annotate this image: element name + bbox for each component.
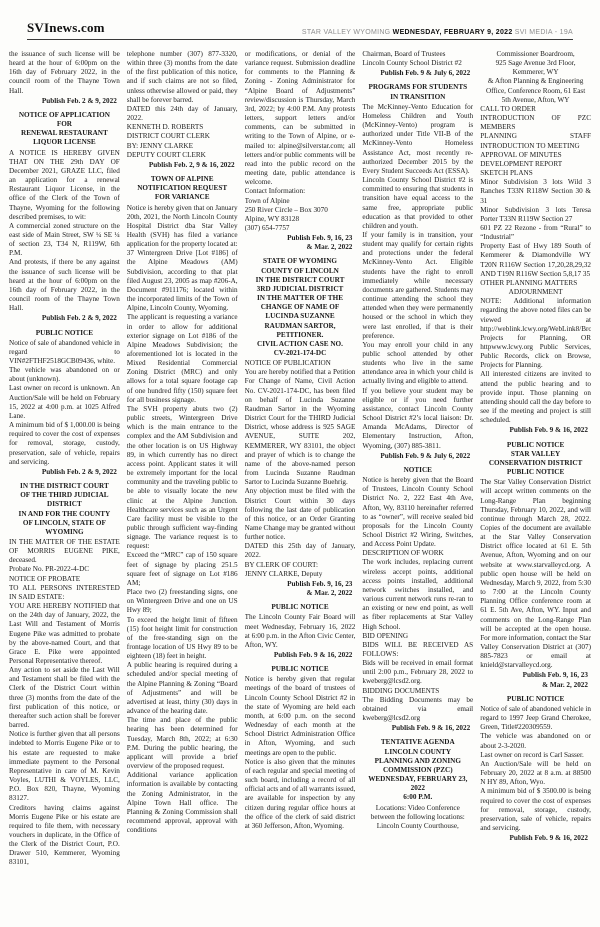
notice-heading: PUBLIC NOTICE STAR VALLEY CONSERVATION D… xyxy=(480,441,591,478)
notice-paragraph: To exceed the height limit of fifteen (1… xyxy=(127,616,238,662)
notice-paragraph: Contact Information: xyxy=(245,187,356,196)
notice-paragraph: The time and place of the public hearing… xyxy=(127,716,238,771)
notice-paragraph: KENNETH D. ROBERTS xyxy=(127,123,238,132)
notice-paragraph: OTHER PLANNING MATTERS xyxy=(480,279,591,288)
notice-paragraph: JENNY CLARKE, Deputy xyxy=(245,570,356,579)
notice-paragraph: Lincoln County School District #2 is com… xyxy=(362,176,473,231)
notice-paragraph: IN THE MATTER OF THE ESTATE OF MORRIS EU… xyxy=(9,538,120,565)
notice-paragraph: The SVH property abuts two (2) public st… xyxy=(127,405,238,552)
notice-paragraph: Notice of sale of abandoned vehicle in r… xyxy=(480,705,591,732)
centered-line: ADJOURNMENT xyxy=(480,288,591,297)
notice-paragraph: Notice is hereby given that the Board of… xyxy=(362,476,473,549)
notice-paragraph: A minimum bid of $ 3500.00 is being requ… xyxy=(480,787,591,833)
notice-columns: the issuance of such license will be hea… xyxy=(0,40,600,900)
notice-paragraph: BY: JENNY CLARKE xyxy=(127,142,238,151)
notice-paragraph: Notice is further given that all persons… xyxy=(9,730,120,803)
notice-paragraph: PLANNING STAFF INTRODUCTION TO MEETING xyxy=(480,132,591,150)
publish-line: Publish Feb. 2 & 9, 2022 xyxy=(9,314,120,323)
notice-paragraph: The work includes, replacing current wir… xyxy=(362,558,473,631)
notice-paragraph: Probate No. PR-2022-4-DC xyxy=(9,565,120,574)
notice-paragraph: telephone number (307) 877-3320, within … xyxy=(127,50,238,105)
notice-paragraph: Chairman, Board of Trustees xyxy=(362,50,473,59)
notice-heading: NOTICE OF APPLICATION FOR RENEWAL RESTAU… xyxy=(9,111,120,148)
notice-paragraph: You may enroll your child in any public … xyxy=(362,341,473,387)
notice-paragraph: The applicant is requesting a variance i… xyxy=(127,313,238,405)
notice-paragraph: DESCRIPTION OF WORK xyxy=(362,549,473,558)
notice-paragraph: Minor Subdivision 3 lots Wild 3 Ranches … xyxy=(480,178,591,205)
notice-paragraph: or modifications, or denial of the varia… xyxy=(245,50,356,187)
publish-line: Publish Feb. 9 & 16, 2022 xyxy=(362,724,473,733)
notice-paragraph: An Auction/Sale will be held on February… xyxy=(480,760,591,787)
centered-line: Locations: Video Conference between the … xyxy=(362,804,473,831)
centered-line: Commissioner Boardroom, 925 Sage Avenue … xyxy=(480,50,591,105)
notice-paragraph: Any action to set aside the Last Will an… xyxy=(9,666,120,730)
notice-paragraph: A public hearing is required during a sc… xyxy=(127,661,238,716)
notice-heading: IN THE DISTRICT COURT OF THE THIRD JUDIC… xyxy=(9,482,120,537)
notice-paragraph: A NOTICE IS HEREBY GIVEN THAT ON THE 29t… xyxy=(9,149,120,222)
notice-paragraph: Creditors having claims against Morris E… xyxy=(9,804,120,868)
publish-line: Publish Feb. 9 & July 6, 2022 xyxy=(362,69,473,78)
notice-paragraph: CALL TO ORDER xyxy=(480,105,591,114)
column-1: the issuance of such license will be hea… xyxy=(9,50,120,900)
notice-paragraph: Minor Subdivision 3 lots Teresa Porter T… xyxy=(480,206,591,224)
notice-heading: STATE OF WYOMING COUNTY OF LINCOLN IN TH… xyxy=(245,257,356,358)
column-4: Chairman, Board of TrusteesLincoln Count… xyxy=(362,50,473,900)
publish-line: Publish Feb. 9, 16, 23 & Mar. 2, 2022 xyxy=(480,671,591,689)
publish-line: Publish Feb. 9 & 16, 2022 xyxy=(245,651,356,660)
notice-paragraph: If your family is in transition, your st… xyxy=(362,231,473,341)
notice-paragraph: If you believe your student may be eligi… xyxy=(362,387,473,451)
notice-heading: TOWN OF ALPINE NOTIFICATION REQUEST FOR … xyxy=(127,175,238,202)
notice-paragraph: DATED this 25th day of January, 2022. xyxy=(245,542,356,560)
publish-line: Publish Feb. 2 & 9, 2022 xyxy=(9,97,120,106)
publish-line: Publish Feb. 9, 16, 23 & Mar. 2, 2022 xyxy=(245,234,356,252)
publish-line: Publish Feb. 2 & 9, 2022 xyxy=(9,468,120,477)
column-3: or modifications, or denial of the varia… xyxy=(245,50,356,900)
notice-paragraph: The Star Valley Conservation District wi… xyxy=(480,478,591,670)
notice-paragraph: 601 PZ 22 Rezone - from “Rural” to “Indu… xyxy=(480,224,591,242)
notice-paragraph: Notice is hereby given that regular meet… xyxy=(245,675,356,757)
notice-paragraph: The Bidding Documents may be obtained vi… xyxy=(362,696,473,723)
notice-paragraph: NOTICE OF PUBLICATION xyxy=(245,359,356,368)
notice-paragraph: DATED this 24th day of January, 2022. xyxy=(127,105,238,123)
notice-paragraph: DEPUTY COURT CLERK xyxy=(127,151,238,160)
notice-paragraph: Exceed the “MRC” cap of 150 square feet … xyxy=(127,551,238,588)
dateline-edition: SVI MEDIA - 19A xyxy=(513,29,573,36)
notice-paragraph: Any objection must be filed with the Dis… xyxy=(245,487,356,542)
notice-paragraph: Lincoln County School District #2 xyxy=(362,59,473,68)
notice-heading: PUBLIC NOTICE xyxy=(9,329,120,338)
notice-paragraph: Town of Alpine xyxy=(245,197,356,206)
dateline-date: WEDNESDAY, FEBRUARY 9, 2022 xyxy=(393,29,513,36)
publish-line: Publish Feb. 9, 16, 23 & Mar. 2, 2022 xyxy=(245,580,356,598)
dateline-location: STAR VALLEY WYOMING xyxy=(302,29,393,36)
notice-paragraph: NOTE: Additional information regarding t… xyxy=(480,297,591,370)
notice-paragraph: BIDS WILL BE RECEIVED AS FOLLOWS: xyxy=(362,641,473,659)
notice-paragraph: The vehicle was abandoned on or about 2-… xyxy=(480,732,591,750)
notice-paragraph: The McKinney-Vento Education for Homeles… xyxy=(362,103,473,176)
notice-paragraph: YOU ARE HEREBY NOTIFIED that on the 24th… xyxy=(9,602,120,666)
notice-paragraph: (307) 654-7757 xyxy=(245,224,356,233)
notice-paragraph: BIDDING DOCUMENTS xyxy=(362,687,473,696)
column-5: Commissioner Boardroom, 925 Sage Avenue … xyxy=(480,50,591,900)
notice-paragraph: Bids will be received in email format un… xyxy=(362,659,473,686)
notice-paragraph: And protests, if there be any against th… xyxy=(9,258,120,313)
notice-paragraph: Notice is also given that the minutes of… xyxy=(245,758,356,831)
notice-paragraph: NOTICE OF PROBATE xyxy=(9,575,120,584)
notice-paragraph: Place two (2) freestanding signs, one on… xyxy=(127,588,238,615)
notice-paragraph: Notice of sale of abandoned vehicle in r… xyxy=(9,339,120,366)
publish-line: Publish Feb. 9 & July 6, 2022 xyxy=(362,452,473,461)
notice-paragraph: Alpine, WY 83128 xyxy=(245,215,356,224)
notice-paragraph: All interested citizens are invited to a… xyxy=(480,370,591,425)
notice-paragraph: Notice is hereby given that on January 2… xyxy=(127,204,238,314)
notice-paragraph: the issuance of such license will be hea… xyxy=(9,50,120,96)
notice-paragraph: A commercial zoned structure on the east… xyxy=(9,222,120,259)
publish-line: Publish Feb. 2, 9 & 16, 2022 xyxy=(127,161,238,170)
notice-paragraph: The vehicle was abandoned on or about (u… xyxy=(9,366,120,384)
notice-heading: PUBLIC NOTICE xyxy=(245,603,356,612)
notice-heading: TENTATIVE AGENDA LINCOLN COUNTY PLANNING… xyxy=(362,738,473,802)
notice-paragraph: APPROVAL OF MINUTES xyxy=(480,151,591,160)
notice-heading: PROGRAMS FOR STUDENTS IN TRANSITION xyxy=(362,83,473,101)
site-logo: SVInews.com xyxy=(27,20,105,36)
column-2: telephone number (307) 877-3320, within … xyxy=(127,50,238,900)
page-header: SVInews.com STAR VALLEY WYOMING WEDNESDA… xyxy=(27,20,573,40)
notice-paragraph: Last owner on record is unknown. An Auct… xyxy=(9,384,120,421)
publish-line: Publish Feb. 9 & 16, 2022 xyxy=(480,426,591,435)
notice-paragraph: The Lincoln County Fair Board will meet … xyxy=(245,613,356,650)
notice-heading: PUBLIC NOTICE xyxy=(245,665,356,674)
notice-paragraph: DISTRICT COURT CLERK xyxy=(127,132,238,141)
notice-paragraph: SKETCH PLANS xyxy=(480,169,591,178)
newspaper-page: SVInews.com STAR VALLEY WYOMING WEDNESDA… xyxy=(0,0,600,927)
notice-paragraph: Additional variance application informat… xyxy=(127,771,238,835)
notice-paragraph: BY CLERK OF COURT: xyxy=(245,561,356,570)
notice-paragraph: A minimum bid of $ 1,000.00 is being req… xyxy=(9,421,120,467)
notice-paragraph: BID OPENING xyxy=(362,632,473,641)
publish-line: Publish Feb. 9 & 16, 2022 xyxy=(480,834,591,843)
notice-paragraph: You are hereby notified that a Petition … xyxy=(245,368,356,487)
notice-paragraph: INTRODUCTION OF PZC MEMBERS xyxy=(480,114,591,132)
notice-paragraph: TO ALL PERSONS INTERESTED IN SAID ESTATE… xyxy=(9,584,120,602)
notice-heading: NOTICE xyxy=(362,466,473,475)
notice-heading: PUBLIC NOTICE xyxy=(480,695,591,704)
notice-paragraph: Last owner on record is Carl Sasser. xyxy=(480,751,591,760)
notice-paragraph: 250 River Circle – Box 3070 xyxy=(245,206,356,215)
notice-paragraph: Property East of Hwy 189 South of Kemmer… xyxy=(480,242,591,279)
dateline: STAR VALLEY WYOMING WEDNESDAY, FEBRUARY … xyxy=(302,29,573,36)
notice-paragraph: DEVELOPMENT REPORT xyxy=(480,160,591,169)
